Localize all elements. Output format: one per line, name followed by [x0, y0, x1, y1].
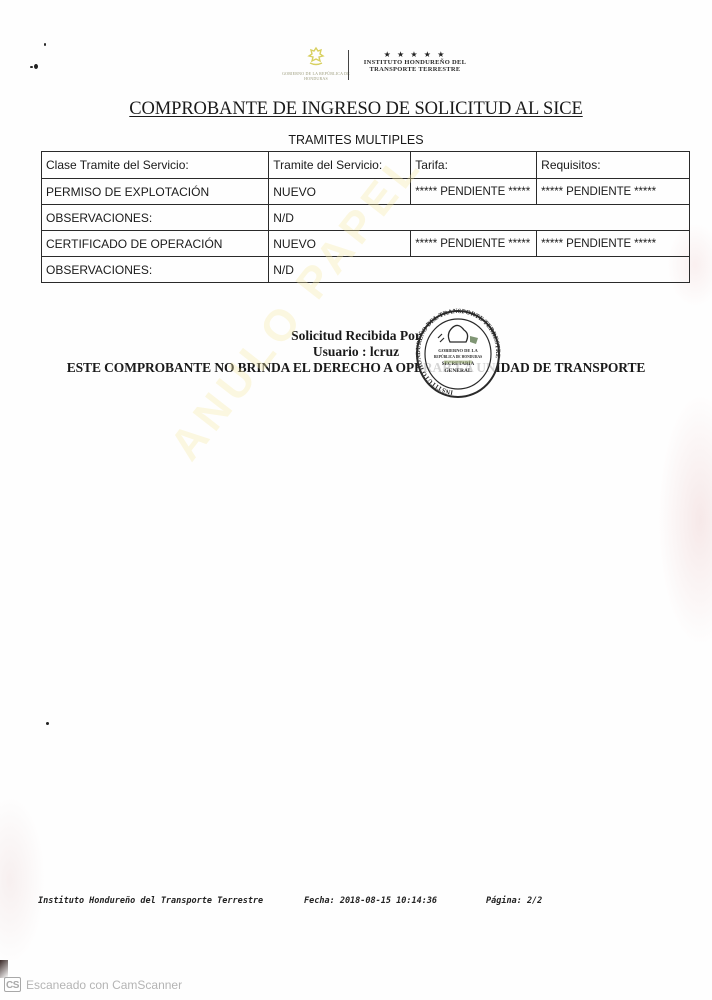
speck-mark — [46, 722, 49, 725]
disclaimer-text: ESTE COMPROBANTE NO BRINDA EL DERECHO A … — [0, 360, 712, 376]
cell-observaciones-label: OBSERVACIONES: — [42, 257, 269, 283]
footer-date: Fecha: 2018-08-15 10:14:36 — [304, 896, 437, 906]
table-row-observaciones: OBSERVACIONES: N/D — [42, 257, 690, 283]
cell-tarifa: ***** PENDIENTE ***** — [411, 231, 537, 257]
received-by-block: Solicitud Recibida Por Usuario : lcruz — [0, 328, 712, 360]
camscanner-label: Escaneado con CamScanner — [26, 978, 182, 992]
table-header-row: Clase Tramite del Servicio: Tramite del … — [42, 152, 690, 179]
cell-clase: PERMISO DE EXPLOTACIÓN — [42, 179, 269, 205]
stars-icon: ★ ★ ★ ★ ★ — [352, 50, 478, 59]
institution-name-line1: INSTITUTO HONDUREÑO DEL — [352, 59, 478, 66]
cell-requisitos: ***** PENDIENTE ***** — [537, 179, 690, 205]
speck-mark — [30, 66, 33, 68]
camscanner-logo-icon: CS — [4, 977, 21, 992]
institution-header: ★ ★ ★ ★ ★ INSTITUTO HONDUREÑO DEL TRANSP… — [352, 50, 478, 73]
footer-institution: Instituto Hondureño del Transporte Terre… — [38, 896, 263, 906]
institution-name-line2: TRANSPORTE TERRESTRE — [352, 66, 478, 73]
received-by-user: Usuario : lcruz — [0, 344, 712, 360]
cell-observaciones-label: OBSERVACIONES: — [42, 205, 269, 231]
logo-caption: GOBIERNO DE LA REPÚBLICA DE HONDURAS — [282, 71, 350, 81]
header-clase: Clase Tramite del Servicio: — [42, 152, 269, 179]
cell-requisitos: ***** PENDIENTE ***** — [537, 231, 690, 257]
document-subtitle: TRAMITES MULTIPLES — [0, 133, 712, 147]
received-by-label: Solicitud Recibida Por — [0, 328, 712, 344]
cell-clase: CERTIFICADO DE OPERACIÓN — [42, 231, 269, 257]
svg-text:GENERAL: GENERAL — [444, 368, 472, 374]
government-logo: GOBIERNO DE LA REPÚBLICA DE HONDURAS — [282, 44, 350, 86]
svg-text:GOBIERNO DE LA: GOBIERNO DE LA — [438, 348, 478, 353]
svg-text:REPÚBLICA DE HONDURAS: REPÚBLICA DE HONDURAS — [434, 354, 482, 359]
speck-mark — [44, 43, 46, 46]
header-divider — [348, 50, 349, 80]
cell-tarifa: ***** PENDIENTE ***** — [411, 179, 537, 205]
footer-page-number: Página: 2/2 — [486, 896, 542, 906]
official-seal-icon: INSTITUTO HONDUREÑO DEL TRANSPORTE TERRE… — [414, 308, 502, 400]
honduras-emblem-icon — [305, 46, 327, 66]
paper-tint — [0, 0, 712, 1000]
header-requisitos: Requisitos: — [537, 152, 690, 179]
document-title: COMPROBANTE DE INGRESO DE SOLICITUD AL S… — [0, 99, 712, 120]
speck-mark — [34, 64, 38, 69]
paper-edge-shadow — [0, 960, 8, 978]
